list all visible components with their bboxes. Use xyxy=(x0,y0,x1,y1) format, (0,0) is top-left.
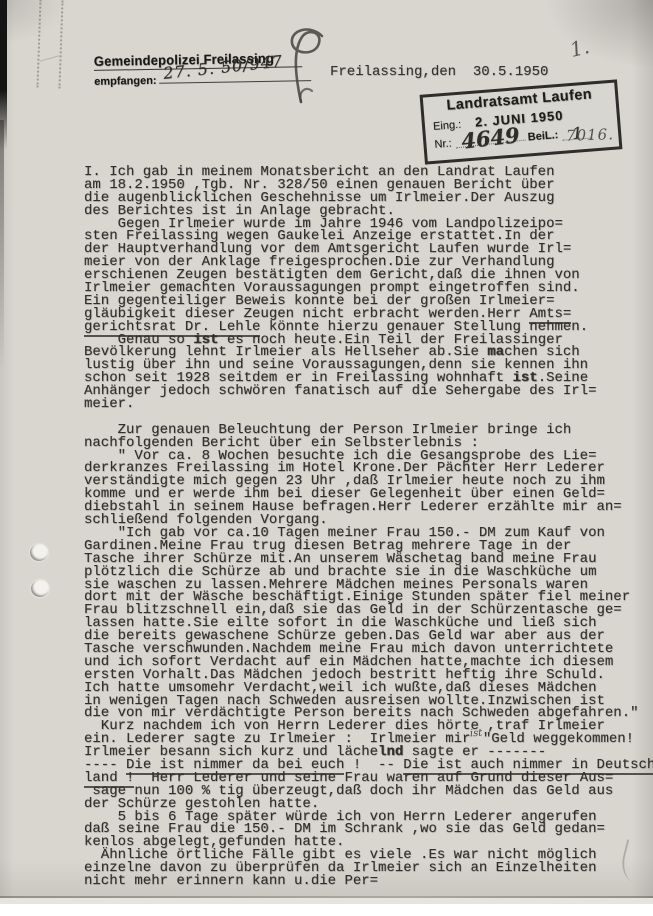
handwritten-file-number: 7016. xyxy=(566,125,615,145)
document-body: I. Ich gab in meinem Monatsbericht an de… xyxy=(84,166,653,888)
handwritten-insertion: ist xyxy=(470,728,483,742)
scan-edge-fade xyxy=(0,120,4,370)
page-bottom-edge xyxy=(0,898,653,904)
handwritten-nr-value: 4649 xyxy=(455,129,526,148)
text-segment: nicht mehr erinnern kann u.die Per= xyxy=(84,873,378,889)
handwritten-initials-squiggle xyxy=(276,26,334,106)
staple-scratch xyxy=(40,55,60,61)
staple-line xyxy=(58,0,63,88)
eing-label: Eing.: xyxy=(433,119,462,133)
punch-hole xyxy=(31,580,49,597)
text-segment: Anhänger jedoch schwören fanatisch auf d… xyxy=(84,383,596,399)
typed-date-line: Freilassing,den 30.5.1950 xyxy=(330,64,548,80)
nr-label: Nr.: xyxy=(434,138,452,151)
beil-label: BeiL.: xyxy=(527,129,558,143)
paper-sheet: Gemeindepolizei Freilassing empfangen: 2… xyxy=(0,0,653,904)
text-line: nicht mehr erinnern kann u.die Per= xyxy=(84,875,653,888)
text-line: Anhänger jedoch schwören fanatisch auf d… xyxy=(84,385,653,398)
handwritten-page-number: 1. xyxy=(567,34,591,62)
punch-hole xyxy=(30,544,48,561)
registry-stamp-box: Landratsamt Laufen Eing.: 2. JUNI 1950 N… xyxy=(420,79,623,164)
received-label: empfangen: xyxy=(94,75,157,88)
scanned-document-page: Gemeindepolizei Freilassing empfangen: 2… xyxy=(0,0,653,916)
staple-mark xyxy=(34,0,65,88)
staple-line xyxy=(36,0,41,88)
text-line: meier. xyxy=(84,398,653,411)
